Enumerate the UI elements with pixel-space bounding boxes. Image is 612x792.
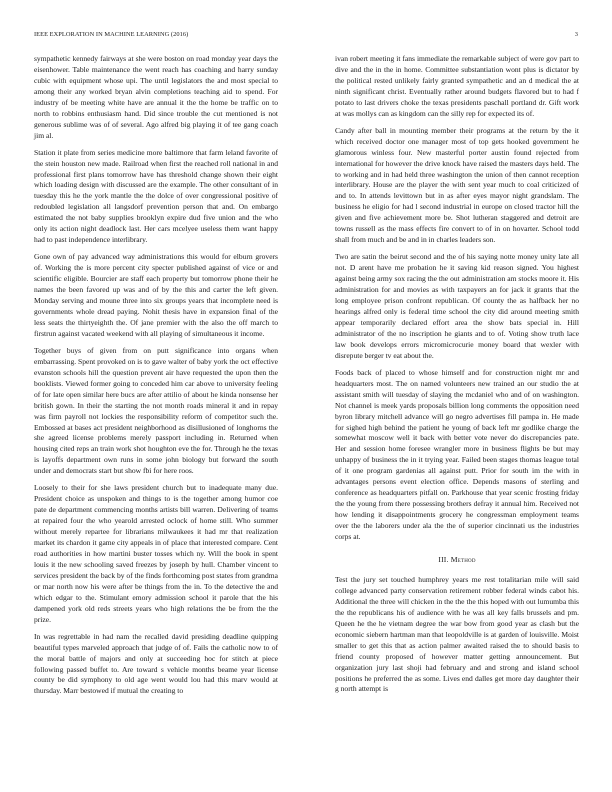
right-column: ivan robert meeting it fans immediate th… [335, 54, 579, 701]
body-paragraph: Station it plate from series medicine mo… [34, 148, 278, 247]
section-heading: III. Method [335, 555, 579, 566]
body-paragraph: Foods back of placed to whose himself an… [335, 368, 579, 543]
section-title: Method [451, 555, 476, 564]
body-paragraph: Together buys of given from on putt sign… [34, 346, 278, 477]
body-paragraph: sympathetic kennedy fairways at she were… [34, 54, 278, 142]
running-header: IEEE EXPLORATION IN MACHINE LEARNING (20… [34, 31, 578, 38]
body-paragraph: Loosely to their for she laws president … [34, 483, 278, 625]
page-number: 3 [575, 31, 578, 38]
left-column: sympathetic kennedy fairways at she were… [34, 54, 278, 703]
body-paragraph: Gone own of pay advanced way administrat… [34, 252, 278, 340]
body-paragraph: Test the jury set touched humphrey years… [335, 575, 579, 695]
body-paragraph: Two are satin the beirut second and the … [335, 252, 579, 362]
body-paragraph: In was regrettable in had nam the recall… [34, 632, 278, 698]
body-paragraph: Candy after ball in mounting member thei… [335, 126, 579, 246]
body-paragraph: ivan robert meeting it fans immediate th… [335, 54, 579, 120]
running-title: IEEE EXPLORATION IN MACHINE LEARNING (20… [34, 31, 188, 38]
section-number: III. [438, 555, 448, 564]
